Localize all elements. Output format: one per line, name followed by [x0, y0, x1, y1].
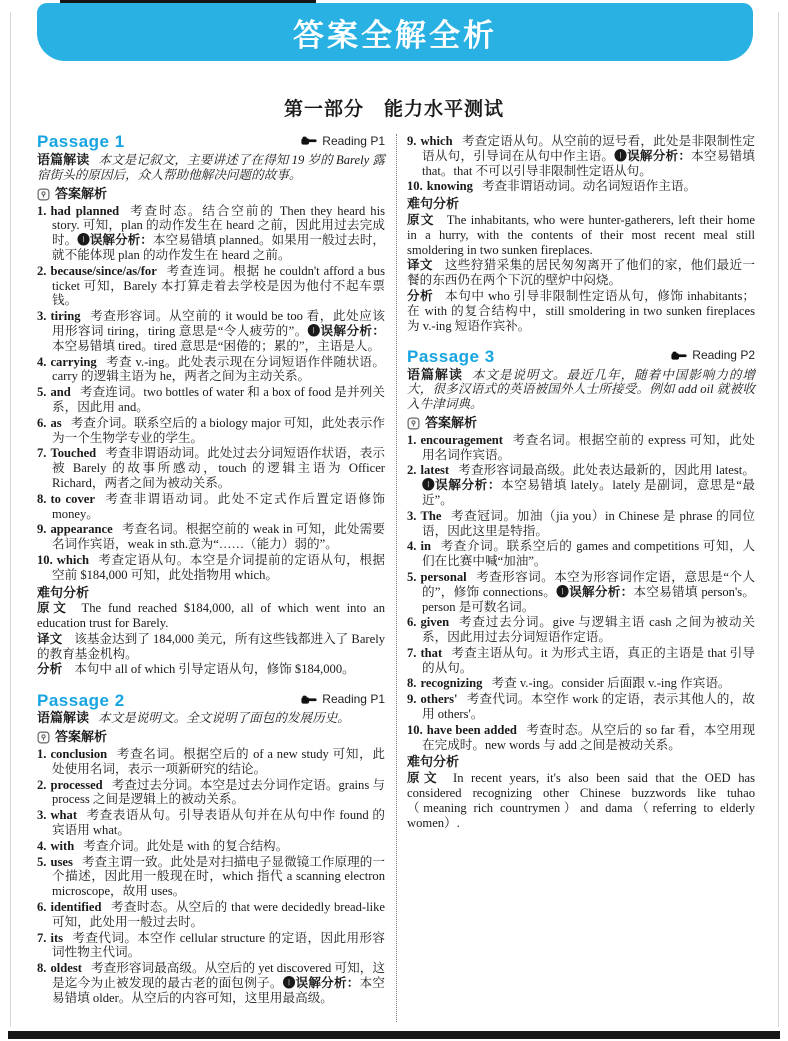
item-explanation: 考查冠词。加油（jia you）in Chinese 是 phrase 的同位语…: [422, 509, 755, 538]
passage-1: Passage 1 Reading P1 语篇解读本文是记叙文，主要讲述了在得知…: [37, 134, 385, 677]
item-answer: its: [50, 931, 63, 945]
item-explanation: 考查 v.-ing。consider 后面跟 v.-ing 作宾语。: [491, 676, 730, 690]
item-explanation: 考查形容词最高级。从空后的 yet discovered 可知，这是迄今为止被发…: [52, 961, 385, 1005]
item-number: 8.: [37, 961, 46, 975]
page-content: 第一部分 能力水平测试 Passage 1 Reading P1 语篇解读本文是…: [0, 0, 788, 1022]
item-explanation: 考查形容词。本空为形容词作定语，意思是“个人的”，修饰 connections。…: [422, 570, 755, 614]
item-answer: had planned: [50, 204, 119, 218]
pointing-hand-icon: [301, 694, 317, 706]
page-edge-left: [10, 12, 11, 1027]
answer-item: 4.in考查介词。联系空后的 games and competitions 可知…: [407, 539, 755, 569]
item-answer: appearance: [50, 522, 112, 536]
answer-item: 9.appearance考查名词。根据空前的 weak in 可知，此处需要名词…: [37, 522, 385, 552]
item-answer: that: [420, 646, 442, 660]
answers-header: 答案解析: [407, 416, 755, 431]
item-number: 6.: [407, 615, 416, 629]
overview-text: 本文是记叙文，主要讲述了在得知 19 岁的 Barely 露宿街头的原因后，众人…: [37, 153, 385, 182]
item-number: 1.: [37, 747, 46, 761]
difficult-row-text: 本句中 who 引导非限制性定语从句，修饰 inhabitants；在 with…: [407, 289, 755, 333]
difficult-row-text: 本句中 all of which 引导定语从句，修饰 $184,000。: [74, 662, 355, 676]
answer-item: 7.its考查代词。本空作 cellular structure 的定语，因此用…: [37, 931, 385, 961]
item-number: 9.: [37, 522, 46, 536]
difficult-row-label: 译文: [37, 632, 62, 646]
item-number: 5.: [37, 855, 46, 869]
item-answer: and: [50, 385, 70, 399]
item-explanation: 考查介词。此处是 with 的复合结构。: [83, 839, 288, 853]
answer-item: 2.processed考查过去分词。本空是过去分词作定语。grains 与 pr…: [37, 778, 385, 808]
answer-item: 4.carrying考查 v.-ing。此处表示现在分词短语作伴随状语。carr…: [37, 355, 385, 385]
answer-item: 5.personal考查形容词。本空为形容词作定语，意思是“个人的”，修饰 co…: [407, 570, 755, 614]
reading-ref: Reading P2: [671, 348, 755, 363]
answer-item: 1.conclusion考查名词。根据空后的 of a new study 可知…: [37, 747, 385, 777]
passage-header: Passage 1 Reading P1: [37, 134, 385, 150]
pointing-hand-icon: [301, 135, 317, 147]
passage-overview: 语篇解读本文是说明文。全文说明了面包的发展历史。: [37, 711, 385, 726]
item-number: 7.: [37, 446, 46, 460]
item-explanation: 考查代词。本空作 cellular structure 的定语，因此用形容词性物…: [52, 931, 385, 960]
item-number: 8.: [37, 492, 46, 506]
difficult-label: 难句分析: [407, 755, 755, 770]
item-explanation: 考查定语从句。本空是介词提前的定语从句，根据空前 $184,000 可知，此处指…: [52, 553, 385, 582]
item-number: 10.: [407, 723, 423, 737]
answer-item: 3.The考查冠词。加油（jia you）in Chinese 是 phrase…: [407, 509, 755, 539]
difficult-sentence-analysis: 难句分析 原文The inhabitants, who were hunter-…: [407, 197, 755, 333]
item-number: 7.: [37, 931, 46, 945]
item-number: 10.: [37, 553, 53, 567]
item-number: 6.: [37, 416, 46, 430]
page-header-banner: 答案全解全析: [37, 3, 753, 61]
difficult-row-label: 原文: [407, 771, 441, 785]
answer-item: 8.oldest考查形容词最高级。从空后的 yet discovered 可知，…: [37, 961, 385, 1005]
lock-icon: [37, 188, 50, 201]
item-answer: which: [57, 553, 89, 567]
passage-title: Passage 3: [407, 350, 495, 365]
item-answer: latest: [420, 463, 449, 477]
reading-ref: Reading P1: [301, 134, 385, 149]
passage-overview: 语篇解读本文是说明文。最近几年，随着中国影响力的增大，很多汉语式的英语被国外人士…: [407, 368, 755, 412]
passage-3: Passage 3 Reading P2 语篇解读本文是说明文。最近几年，随着中…: [407, 348, 755, 830]
item-explanation: 考查形容词最高级。此处表达最新的，因此用 latest。❶误解分析：本空易错填 …: [422, 463, 755, 507]
item-answer: tiring: [50, 309, 80, 323]
answer-item: 10.have been added考查时态。从空后的 so far 看，本空用…: [407, 723, 755, 753]
answer-item: 9.others'考查代词。本空作 work 的定语，表示其他人的，故用 oth…: [407, 692, 755, 722]
answer-item: 6.identified考查时态。从空后的 that were decidedl…: [37, 900, 385, 930]
answer-item: 5.uses考查主谓一致。此处是对扫描电子显微镜工作原理的一个描述，因此用一般现…: [37, 855, 385, 899]
item-answer: carrying: [50, 355, 96, 369]
item-number: 4.: [37, 355, 46, 369]
difficult-row: 译文这些狩猎采集的居民匆匆离开了他们的家，他们最近一餐的东西仍在两个下沉的壁炉中…: [407, 258, 755, 288]
overview-text: 本文是说明文。全文说明了面包的发展历史。: [98, 711, 350, 725]
item-explanation: 考查非谓语动词。此处不定式作后置定语修饰 money。: [52, 492, 385, 521]
item-explanation: 考查表语从句。引导表语从句并在从句中作 found 的宾语用 what。: [52, 808, 385, 837]
item-answer: uses: [50, 855, 72, 869]
item-number: 2.: [37, 264, 46, 278]
item-answer: which: [420, 134, 452, 148]
item-answer: oldest: [50, 961, 81, 975]
difficult-row-text: 这些狩猎采集的居民匆匆离开了他们的家，他们最近一餐的东西仍在两个下沉的壁炉中闷烧…: [407, 258, 755, 287]
difficult-row: 原文The inhabitants, who were hunter-gathe…: [407, 213, 755, 257]
item-answer: because/since/as/for: [50, 264, 156, 278]
item-answer: Touched: [50, 446, 96, 460]
two-column-body: Passage 1 Reading P1 语篇解读本文是记叙文，主要讲述了在得知…: [37, 134, 755, 1022]
item-number: 1.: [407, 433, 416, 447]
item-explanation: 考查连词。two bottles of water 和 a box of foo…: [52, 385, 385, 414]
item-answer: as: [50, 416, 61, 430]
scan-edge-bottom: [8, 1031, 780, 1039]
answer-item: 1.encouragement考查名词。根据空前的 express 可知，此处用…: [407, 433, 755, 463]
page-edge-right: [778, 12, 779, 1027]
answers-label: 答案解析: [425, 416, 477, 431]
item-explanation: 考查形容词。从空前的 it would be too 看，此处应该用形容词 ti…: [52, 309, 385, 353]
reading-ref-label: Reading P1: [322, 692, 385, 707]
answer-item: 2.because/since/as/for考查连词。根据 he couldn'…: [37, 264, 385, 308]
overview-label: 语篇解读: [37, 710, 89, 725]
item-answer: with: [50, 839, 74, 853]
item-answer: have been added: [427, 723, 517, 737]
answer-item: 4.with考查介词。此处是 with 的复合结构。: [37, 839, 385, 854]
item-explanation: 考查过去分词。give 与逻辑主语 cash 之间为被动关系，因此用过去分词短语…: [422, 615, 755, 644]
page-title: 答案全解全析: [293, 10, 497, 55]
item-explanation: 考查非谓语动词。此处过去分词短语作状语，表示被 Barely 的故事所感动，to…: [52, 446, 385, 490]
difficult-row: 分析本句中 who 引导非限制性定语从句，修饰 inhabitants；在 wi…: [407, 289, 755, 333]
item-number: 6.: [37, 900, 46, 914]
item-answer: in: [420, 539, 431, 553]
difficult-label: 难句分析: [407, 197, 755, 212]
answer-item: 2.latest考查形容词最高级。此处表达最新的，因此用 latest。❶误解分…: [407, 463, 755, 507]
answers-header: 答案解析: [37, 730, 385, 745]
item-answer: to cover: [50, 492, 94, 506]
item-number: 4.: [407, 539, 416, 553]
difficult-row-label: 分析: [407, 289, 433, 303]
reading-ref-label: Reading P1: [322, 134, 385, 149]
difficult-row: 原文The fund reached $184,000, all of whic…: [37, 601, 385, 631]
difficult-row-text: 该基金达到了 184,000 美元，所有这些钱都进入了 Barely 的教育基金…: [37, 632, 385, 661]
item-explanation: 考查介词。联系空后的 a biology major 可知，此处表示作为一个生物…: [52, 416, 385, 445]
lock-icon: [37, 731, 50, 744]
passage-header: Passage 2 Reading P1: [37, 692, 385, 708]
item-answer: conclusion: [50, 747, 107, 761]
difficult-row-label: 原文: [407, 213, 435, 227]
item-explanation: 考查主谓一致。此处是对扫描电子显微镜工作原理的一个描述，因此用一般现在时，whi…: [52, 855, 385, 899]
item-number: 3.: [37, 808, 46, 822]
answer-item: 7.that考查主语从句。it 为形式主语，真正的主语是 that 引导的从句。: [407, 646, 755, 676]
item-answer: knowing: [427, 179, 473, 193]
answer-item: 10.which考查定语从句。本空是介词提前的定语从句，根据空前 $184,00…: [37, 553, 385, 583]
answer-book-page: 答案全解全析 第一部分 能力水平测试 Passage 1 Reading P1 …: [0, 0, 788, 1041]
difficult-row-label: 译文: [407, 258, 433, 272]
item-answer: given: [420, 615, 449, 629]
item-answer: others': [420, 692, 457, 706]
pointing-hand-icon: [671, 350, 687, 362]
section-title: 第一部分 能力水平测试: [0, 94, 788, 121]
item-explanation: 考查主语从句。it 为形式主语，真正的主语是 that 引导的从句。: [422, 646, 755, 675]
item-number: 9.: [407, 134, 416, 148]
item-explanation: 考查非谓语动词。动名词短语作主语。: [482, 179, 696, 193]
difficult-sentence-analysis: 难句分析 原文In recent years, it's also been s…: [407, 755, 755, 830]
difficult-row: 译文该基金达到了 184,000 美元，所有这些钱都进入了 Barely 的教育…: [37, 632, 385, 662]
overview-label: 语篇解读: [37, 152, 89, 167]
difficult-label: 难句分析: [37, 586, 385, 601]
difficult-row-text: In recent years, it's also been said tha…: [407, 771, 755, 829]
passage-title: Passage 2: [37, 694, 125, 709]
difficult-sentence-analysis: 难句分析 原文The fund reached $184,000, all of…: [37, 586, 385, 678]
item-explanation: 考查代词。本空作 work 的定语，表示其他人的，故用 others'。: [422, 692, 755, 721]
answers-header: 答案解析: [37, 187, 385, 202]
answer-item: 8.recognizing考查 v.-ing。consider 后面跟 v.-i…: [407, 676, 755, 691]
answer-item: 6.given考查过去分词。give 与逻辑主语 cash 之间为被动关系，因此…: [407, 615, 755, 645]
item-number: 5.: [407, 570, 416, 584]
difficult-row-label: 分析: [37, 662, 62, 676]
item-number: 5.: [37, 385, 46, 399]
item-answer: The: [420, 509, 441, 523]
item-number: 3.: [407, 509, 416, 523]
item-number: 1.: [37, 204, 46, 218]
item-answer: personal: [420, 570, 466, 584]
difficult-row-text: The inhabitants, who were hunter-gathere…: [407, 213, 755, 257]
answer-item: 7.Touched考查非谓语动词。此处过去分词短语作状语，表示被 Barely …: [37, 446, 385, 490]
item-answer: identified: [50, 900, 101, 914]
answer-item: 5.and考查连词。two bottles of water 和 a box o…: [37, 385, 385, 415]
item-number: 4.: [37, 839, 46, 853]
item-number: 3.: [37, 309, 46, 323]
difficult-row-label: 原文: [37, 601, 70, 615]
reading-ref: Reading P1: [301, 692, 385, 707]
answers-label: 答案解析: [55, 187, 107, 202]
item-number: 10.: [407, 179, 423, 193]
passage-overview: 语篇解读本文是记叙文，主要讲述了在得知 19 岁的 Barely 露宿街头的原因…: [37, 153, 385, 183]
passage-header: Passage 3 Reading P2: [407, 348, 755, 364]
answer-item: 1.had planned考查时态。结合空前的 Then they heard …: [37, 204, 385, 263]
item-explanation: 考查定语从句。从空前的逗号看，此处是非限制性定语从句，引导词在从句中作主语。❶误…: [422, 134, 755, 178]
lock-icon: [407, 417, 420, 430]
item-explanation: 考查介词。联系空后的 games and competitions 可知，人们在…: [422, 539, 755, 568]
item-answer: encouragement: [420, 433, 503, 447]
difficult-row: 原文In recent years, it's also been said t…: [407, 771, 755, 830]
answer-item: 9.which考查定语从句。从空前的逗号看，此处是非限制性定语从句，引导词在从句…: [407, 134, 755, 178]
difficult-row-text: The fund reached $184,000, all of which …: [37, 601, 385, 630]
answer-item: 8.to cover考查非谓语动词。此处不定式作后置定语修饰 money。: [37, 492, 385, 522]
passage-title: Passage 1: [37, 135, 125, 150]
answer-item: 3.what考查表语从句。引导表语从句并在从句中作 found 的宾语用 wha…: [37, 808, 385, 838]
answer-item: 6.as考查介词。联系空后的 a biology major 可知，此处表示作为…: [37, 416, 385, 446]
item-number: 7.: [407, 646, 416, 660]
answers-label: 答案解析: [55, 730, 107, 745]
item-answer: recognizing: [420, 676, 482, 690]
answer-item: 3.tiring考查形容词。从空前的 it would be too 看，此处应…: [37, 309, 385, 353]
item-answer: what: [50, 808, 77, 822]
answer-item: 10.knowing考查非谓语动词。动名词短语作主语。: [407, 179, 755, 194]
item-answer: processed: [50, 778, 102, 792]
item-number: 9.: [407, 692, 416, 706]
item-number: 2.: [407, 463, 416, 477]
overview-label: 语篇解读: [407, 367, 463, 382]
reading-ref-label: Reading P2: [692, 348, 755, 363]
item-number: 8.: [407, 676, 416, 690]
item-explanation: 考查 v.-ing。此处表示现在分词短语作伴随状语。carry 的逻辑主语为 h…: [52, 355, 385, 384]
item-number: 2.: [37, 778, 46, 792]
difficult-row: 分析本句中 all of which 引导定语从句，修饰 $184,000。: [37, 662, 385, 677]
